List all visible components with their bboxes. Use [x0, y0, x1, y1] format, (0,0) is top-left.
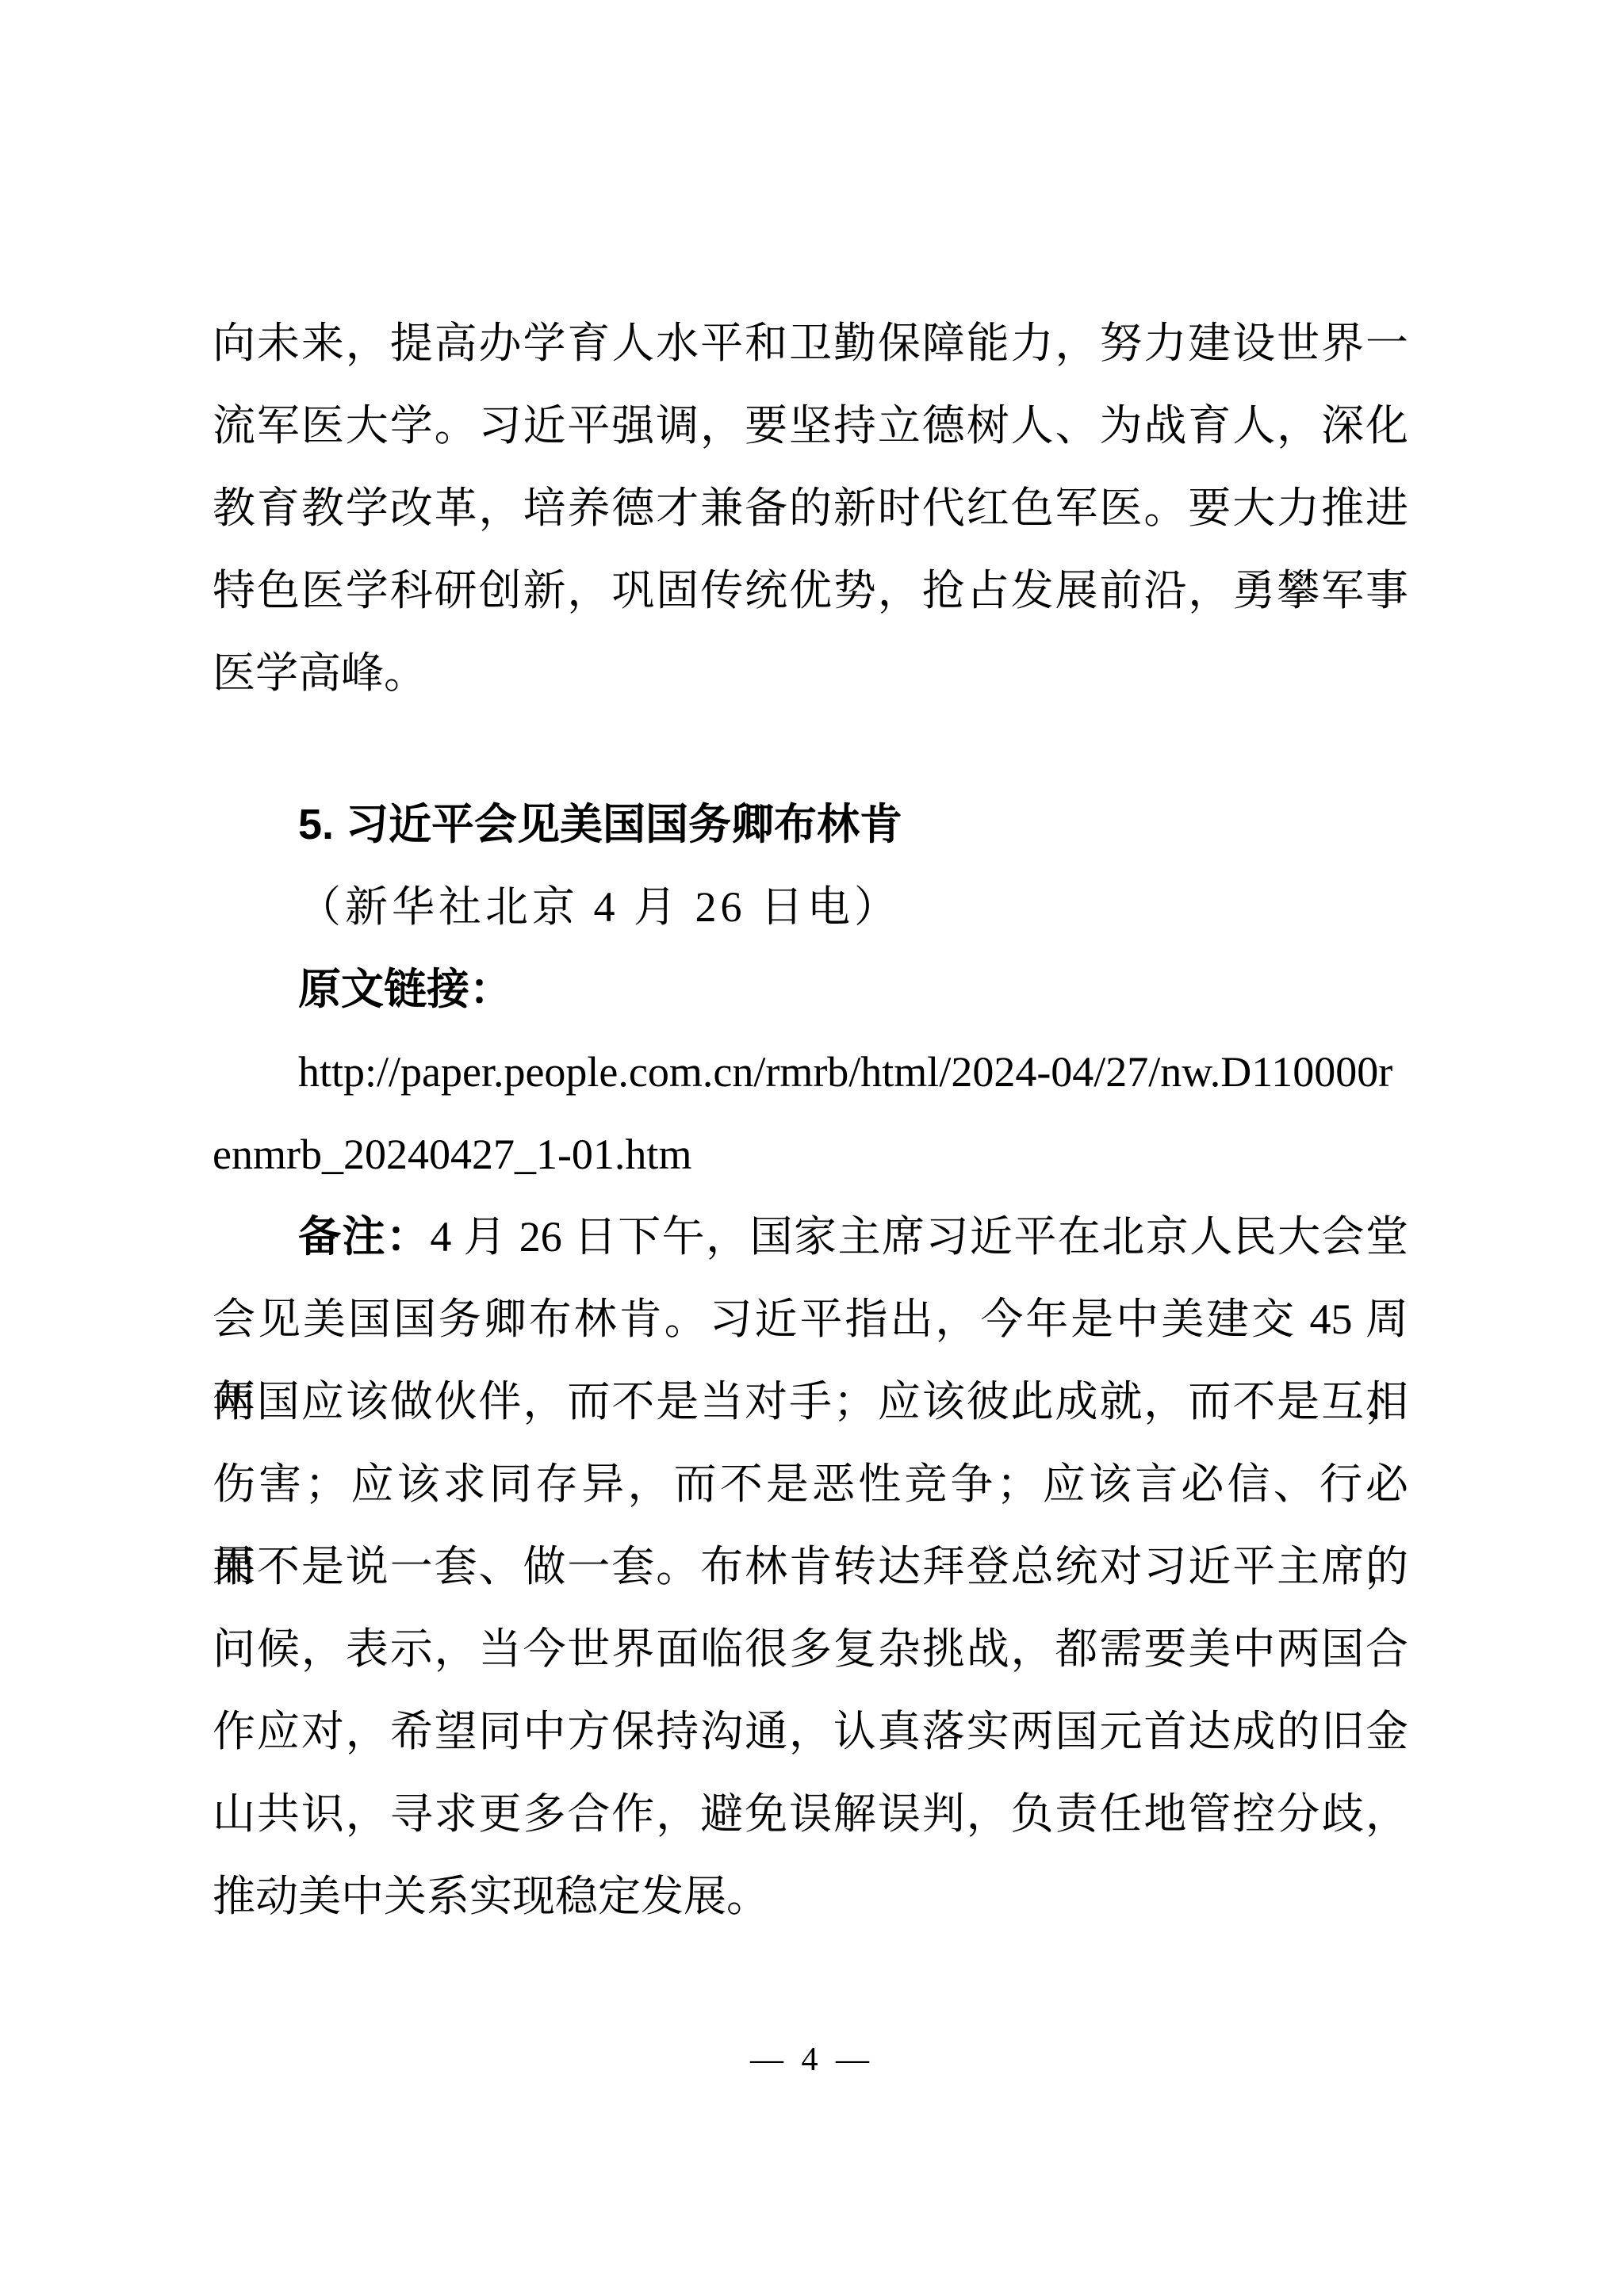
page-number: — 4 — — [0, 2036, 1624, 2084]
source-url-line-1: http://paper.people.com.cn/rmrb/html/202… — [213, 1031, 1408, 1113]
note-line: 推动美中关系实现稳定发展。 — [213, 1855, 1408, 1938]
note-label: 备注： — [298, 1213, 430, 1261]
opening-paragraph: 向未来，提高办学育人水平和卫勤保障能力，努力建设世界一 流军医大学。习近平强调，… — [213, 302, 1408, 714]
section-heading: 5. 习近平会见美国国务卿布林肯 — [213, 783, 1408, 866]
paragraph-line: 教育教学改革，培养德才兼备的新时代红色军医。要大力推进 — [213, 467, 1408, 549]
section-5: 5. 习近平会见美国国务卿布林肯 （新华社北京 4 月 26 日电） 原文链接：… — [213, 783, 1408, 1938]
note-paragraph: 备注：4 月 26 日下午，国家主席习近平在北京人民大会堂 会见美国国务卿布林肯… — [213, 1196, 1408, 1938]
paragraph-line: 向未来，提高办学育人水平和卫勤保障能力，努力建设世界一 — [213, 302, 1408, 385]
note-line: 备注：4 月 26 日下午，国家主席习近平在北京人民大会堂 — [213, 1196, 1408, 1278]
note-line: 会见美国国务卿布林肯。习近平指出，今年是中美建交 45 周年， — [213, 1278, 1408, 1360]
note-line: 作应对，希望同中方保持沟通，认真落实两国元首达成的旧金 — [213, 1690, 1408, 1773]
note-line: 而不是说一套、做一套。布林肯转达拜登总统对习近平主席的 — [213, 1525, 1408, 1608]
paragraph-line: 医学高峰。 — [213, 632, 1408, 714]
note-line: 两国应该做伙伴，而不是当对手；应该彼此成就，而不是互相 — [213, 1360, 1408, 1443]
document-page: 向未来，提高办学育人水平和卫勤保障能力，努力建设世界一 流军医大学。习近平强调，… — [0, 0, 1624, 2296]
document-body: 向未来，提高办学育人水平和卫勤保障能力，努力建设世界一 流军医大学。习近平强调，… — [213, 302, 1408, 1938]
note-line: 伤害；应该求同存异，而不是恶性竞争；应该言必信、行必果， — [213, 1443, 1408, 1525]
note-line: 山共识，寻求更多合作，避免误解误判，负责任地管控分歧， — [213, 1773, 1408, 1855]
note-line: 问候，表示，当今世界面临很多复杂挑战，都需要美中两国合 — [213, 1608, 1408, 1690]
source-attribution: （新华社北京 4 月 26 日电） — [213, 866, 1408, 948]
link-label: 原文链接： — [213, 948, 1408, 1031]
paragraph-line: 特色医学科研创新，巩固传统优势，抢占发展前沿，勇攀军事 — [213, 549, 1408, 632]
source-url-line-2: enmrb_20240427_1-01.htm — [213, 1113, 1408, 1196]
note-line-text: 4 月 26 日下午，国家主席习近平在北京人民大会堂 — [430, 1213, 1408, 1261]
paragraph-line: 流军医大学。习近平强调，要坚持立德树人、为战育人，深化 — [213, 385, 1408, 467]
link-label-text: 原文链接： — [298, 966, 512, 1013]
